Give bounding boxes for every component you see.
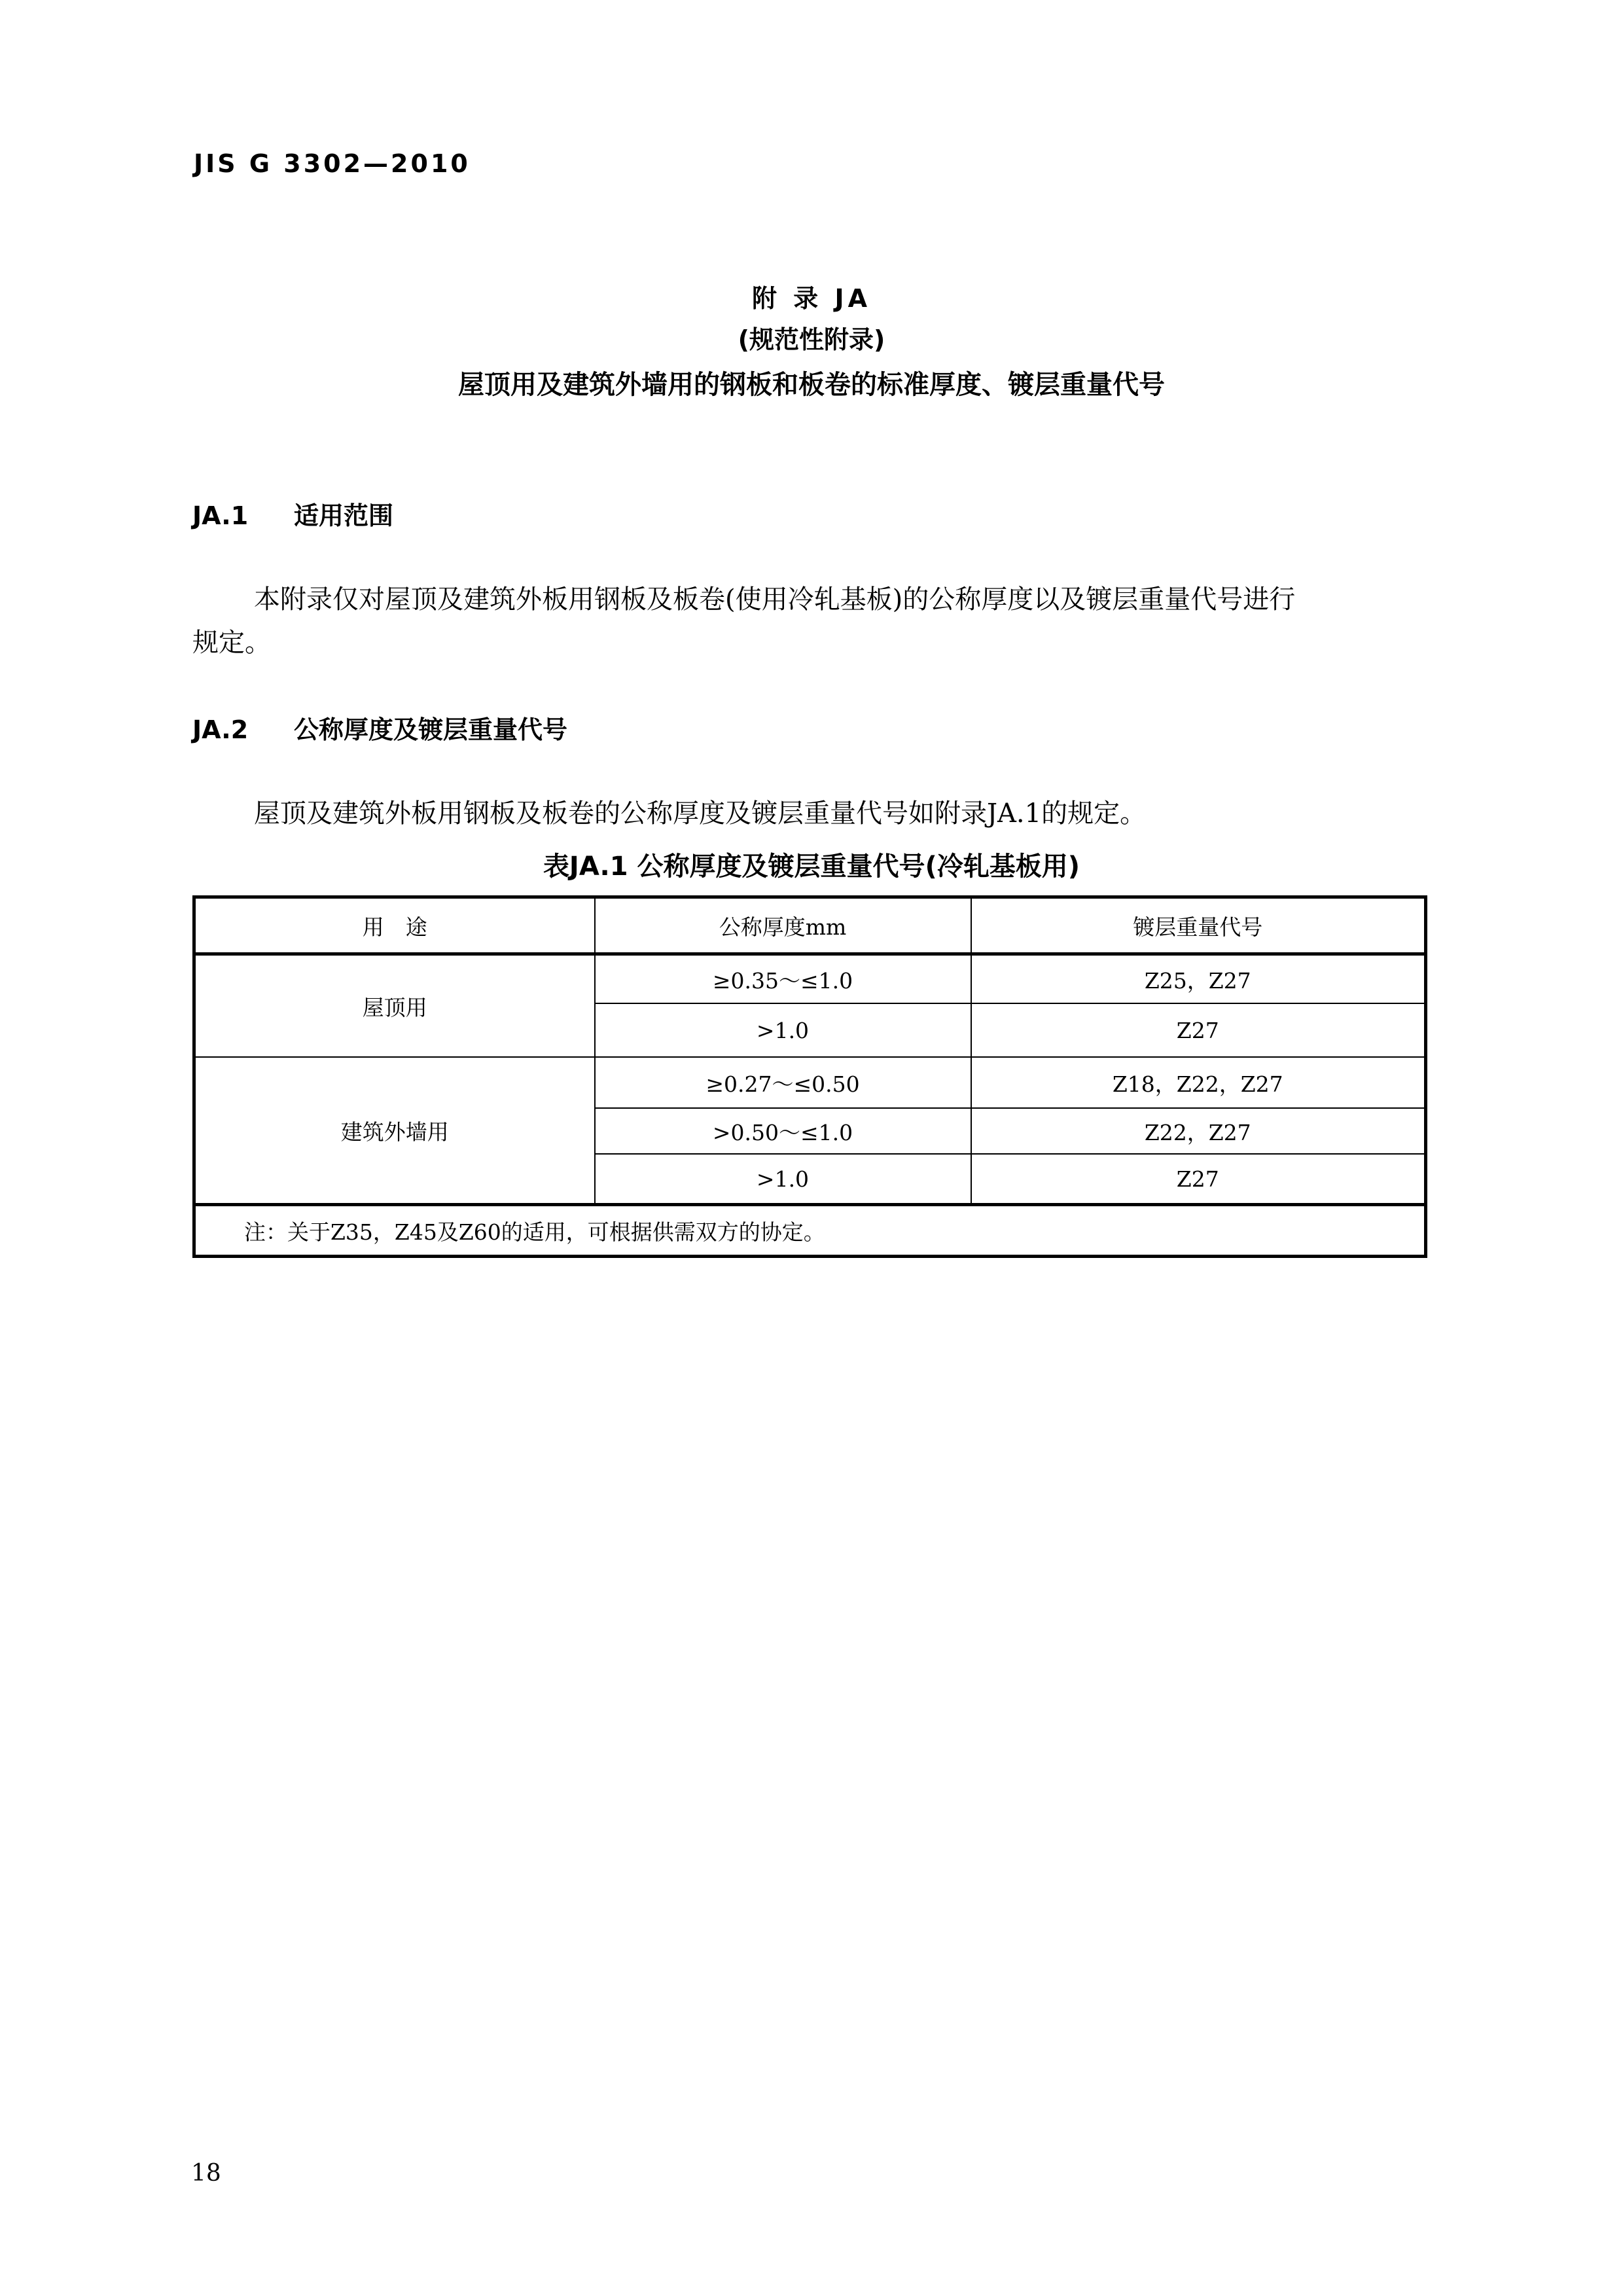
page-number: 18 — [191, 2160, 221, 2187]
section-number: JA.2 — [192, 715, 294, 744]
spec-table: 用 途 公称厚度mm 镀层重量代号 屋顶用 ≥0.35～≤1.0 Z25，Z27… — [192, 895, 1427, 1258]
section-title: 适用范围 — [294, 501, 393, 530]
table-header-row: 用 途 公称厚度mm 镀层重量代号 — [194, 897, 1426, 954]
thickness-cell: ≥0.35～≤1.0 — [595, 954, 971, 1004]
thickness-cell: ≥0.27～≤0.50 — [595, 1057, 971, 1108]
thickness-cell: >0.50～≤1.0 — [595, 1108, 971, 1154]
annex-title: 附 录 JA — [0, 278, 1623, 314]
paragraph-line: 屋顶及建筑外板用钢板及板卷的公称厚度及镀层重量代号如附录JA.1的规定。 — [254, 793, 1146, 830]
annex-type: (规范性附录) — [0, 319, 1623, 355]
annex-subject: 屋顶用及建筑外墙用的钢板和板卷的标准厚度、镀层重量代号 — [0, 364, 1623, 401]
section-heading-ja1: JA.1适用范围 — [192, 495, 393, 531]
column-header-coating: 镀层重量代号 — [971, 897, 1426, 954]
running-header: JIS G 3302—2010 — [194, 149, 471, 178]
coating-cell: Z27 — [971, 1154, 1426, 1205]
table-row: 屋顶用 ≥0.35～≤1.0 Z25，Z27 — [194, 954, 1426, 1004]
section-number: JA.1 — [192, 501, 294, 530]
section-heading-ja2: JA.2公称厚度及镀层重量代号 — [192, 709, 567, 745]
usage-cell-wall: 建筑外墙用 — [194, 1057, 595, 1205]
coating-cell: Z22，Z27 — [971, 1108, 1426, 1154]
coating-cell: Z25，Z27 — [971, 954, 1426, 1004]
paragraph-line: 本附录仅对屋顶及建筑外板用钢板及板卷(使用冷轧基板)的公称厚度以及镀层重量代号进… — [254, 579, 1295, 616]
thickness-cell: >1.0 — [595, 1154, 971, 1205]
coating-cell: Z18，Z22，Z27 — [971, 1057, 1426, 1108]
table-note: 注：关于Z35，Z45及Z60的适用，可根据供需双方的协定。 — [194, 1205, 1426, 1257]
column-header-thickness: 公称厚度mm — [595, 897, 971, 954]
paragraph-line: 规定。 — [192, 622, 271, 659]
table-row: 建筑外墙用 ≥0.27～≤0.50 Z18，Z22，Z27 — [194, 1057, 1426, 1108]
column-header-usage: 用 途 — [194, 897, 595, 954]
table-caption: 表JA.1 公称厚度及镀层重量代号(冷轧基板用) — [0, 846, 1623, 883]
usage-cell-roof: 屋顶用 — [194, 954, 595, 1058]
thickness-cell: >1.0 — [595, 1003, 971, 1057]
section-title: 公称厚度及镀层重量代号 — [294, 715, 567, 744]
coating-cell: Z27 — [971, 1003, 1426, 1057]
table-note-row: 注：关于Z35，Z45及Z60的适用，可根据供需双方的协定。 — [194, 1205, 1426, 1257]
